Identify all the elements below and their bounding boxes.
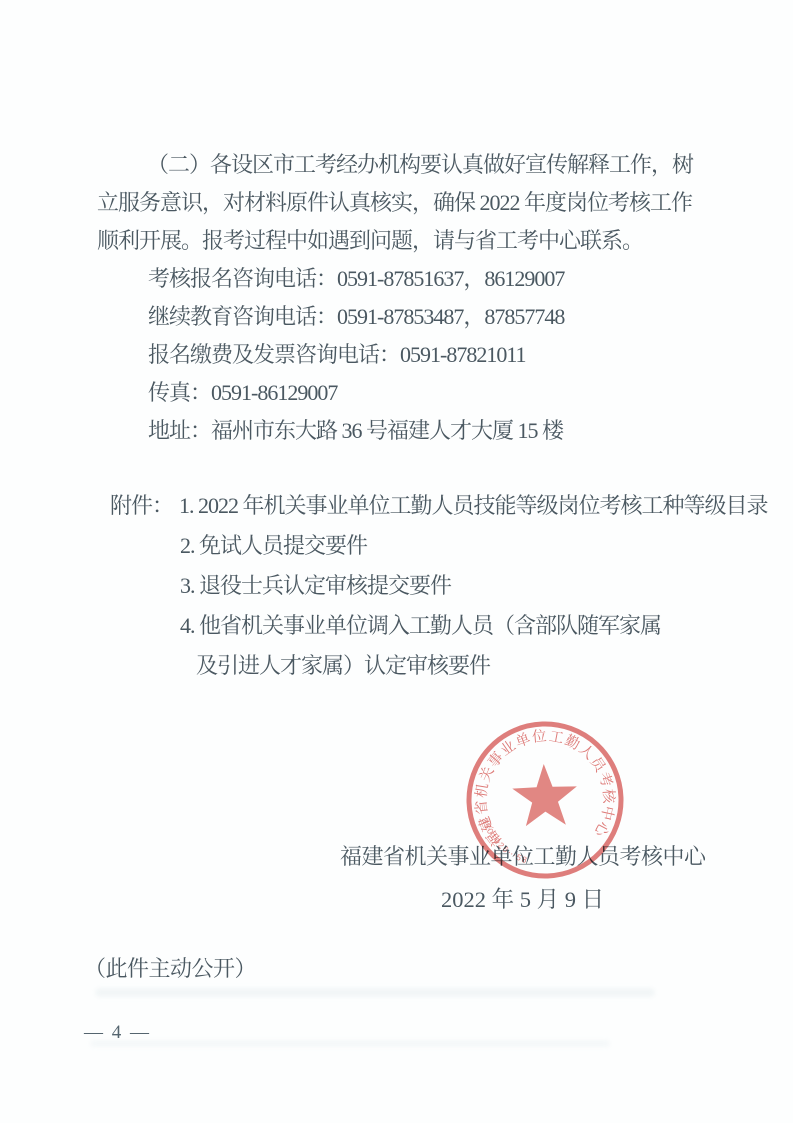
seal-star-icon bbox=[511, 763, 578, 827]
contact-line-education-phone: 继续教育咨询电话：0591-87853487，87857748 bbox=[148, 298, 713, 336]
document-body: （二）各设区市工考经办机构要认真做好宣传解释工作，树 立服务意识，对材料原件认真… bbox=[97, 146, 713, 686]
attachments-list: 附件：1. 2022 年机关事业单位工勤人员技能等级岗位考核工种等级目录 2. … bbox=[97, 486, 713, 686]
contact-line-exam-phone: 考核报名咨询电话：0591-87851637，86129007 bbox=[148, 260, 713, 298]
attachment-item-4-continuation: 及引进人才家属）认定审核要件 bbox=[196, 646, 713, 686]
contact-line-fax: 传真：0591-86129007 bbox=[148, 374, 713, 412]
attachment-item-2: 2. 免试人员提交要件 bbox=[180, 526, 713, 566]
paragraph-line: （二）各设区市工考经办机构要认真做好宣传解释工作，树 bbox=[97, 146, 713, 184]
disclosure-note: （此件主动公开） bbox=[84, 952, 256, 983]
contact-line-payment-phone: 报名缴费及发票咨询电话：0591-87821011 bbox=[148, 336, 713, 374]
issue-date: 2022 年 5 月 9 日 bbox=[441, 882, 604, 914]
paragraph-line: 顺利开展。报考过程中如遇到问题，请与省工考中心联系。 bbox=[97, 222, 713, 260]
contact-info-block: 考核报名咨询电话：0591-87851637，86129007 继续教育咨询电话… bbox=[148, 260, 713, 450]
contact-line-address: 地址：福州市东大路 36 号福建人才大厦 15 楼 bbox=[148, 412, 713, 450]
attachment-item-1-text: 1. 2022 年机关事业单位工勤人员技能等级岗位考核工种等级目录 bbox=[179, 493, 768, 518]
attachment-item-4: 4. 他省机关事业单位调入工勤人员（含部队随军家属 bbox=[180, 606, 713, 646]
attachments-label: 附件： bbox=[110, 493, 173, 518]
attachment-item-1: 附件：1. 2022 年机关事业单位工勤人员技能等级岗位考核工种等级目录 bbox=[110, 486, 713, 526]
page-number: — 4 — bbox=[84, 1022, 151, 1044]
official-seal-stamp-icon: 福建省机关事业单位工勤人员考核中心 3501026⋯58 bbox=[459, 714, 631, 886]
paragraph-line: 立服务意识，对材料原件认真核实，确保 2022 年度岗位考核工作 bbox=[97, 184, 713, 222]
attachment-item-3: 3. 退役士兵认定审核提交要件 bbox=[180, 566, 713, 606]
scan-smudge bbox=[95, 988, 655, 997]
document-page: （二）各设区市工考经办机构要认真做好宣传解释工作，树 立服务意识，对材料原件认真… bbox=[0, 0, 793, 1123]
scan-smudge bbox=[90, 1040, 610, 1047]
